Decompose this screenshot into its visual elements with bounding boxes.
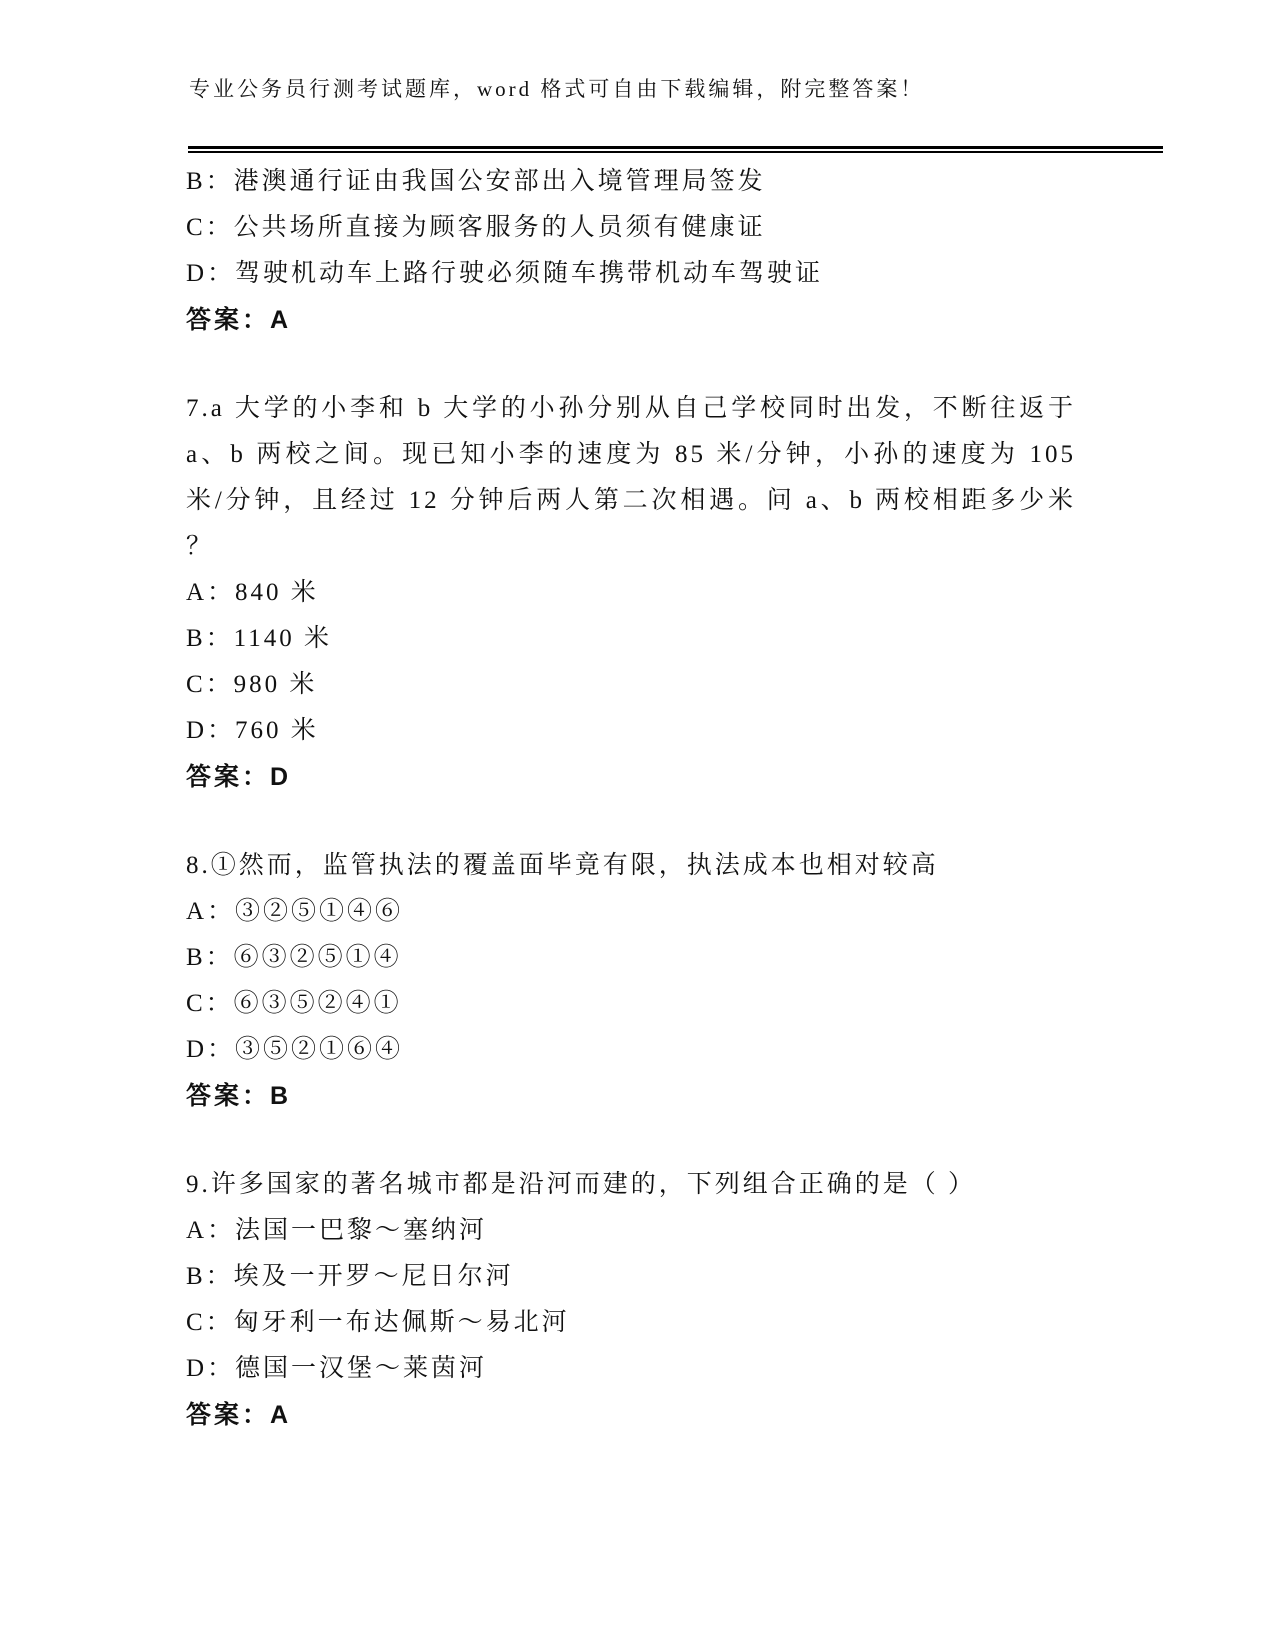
question-8-text-line-1: 8.①然而，监管执法的覆盖面毕竟有限，执法成本也相对较高 [186, 843, 1076, 889]
question-7-text-line-3: 米/分钟，且经过 12 分钟后两人第二次相遇。问 a、b 两校相距多少米 [186, 478, 1076, 524]
question-9-option-a: A：法国一巴黎～塞纳河 [186, 1208, 1076, 1254]
question-7-text-line-2: a、b 两校之间。现已知小李的速度为 85 米/分钟，小孙的速度为 105 [186, 432, 1076, 478]
question-9-answer: 答案：A [186, 1392, 1076, 1438]
document-header-note: 专业公务员行测考试题库，word 格式可自由下载编辑，附完整答案！ [189, 74, 1164, 104]
question-7-answer: 答案：D [186, 754, 1076, 800]
question-7-option-d: D：760 米 [186, 708, 1076, 754]
block-spacer [186, 343, 1076, 386]
question-7-option-a: A：840 米 [186, 570, 1076, 616]
block-spacer [186, 1119, 1076, 1162]
question-9-text-line-1: 9.许多国家的著名城市都是沿河而建的，下列组合正确的是（ ） [186, 1162, 1076, 1208]
question-8-answer: 答案：B [186, 1073, 1076, 1119]
question-6-option-b: B：港澳通行证由我国公安部出入境管理局签发 [186, 159, 1076, 205]
header-divider-rule [188, 146, 1163, 153]
question-8-option-d: D：③⑤②①⑥④ [186, 1027, 1076, 1073]
question-9-option-b: B：埃及一开罗～尼日尔河 [186, 1254, 1076, 1300]
question-6-answer: 答案：A [186, 297, 1076, 343]
question-7-option-b: B：1140 米 [186, 616, 1076, 662]
question-6-option-d: D：驾驶机动车上路行驶必须随车携带机动车驾驶证 [186, 251, 1076, 297]
question-6-option-c: C：公共场所直接为顾客服务的人员须有健康证 [186, 205, 1076, 251]
question-7-text-line-4: ？ [186, 524, 1076, 570]
question-7-block: 7.a 大学的小李和 b 大学的小孙分别从自己学校同时出发，不断往返于 a、b … [186, 386, 1076, 800]
block-spacer [186, 800, 1076, 843]
question-9-option-c: C：匈牙利一布达佩斯～易北河 [186, 1300, 1076, 1346]
question-6-block: B：港澳通行证由我国公安部出入境管理局签发 C：公共场所直接为顾客服务的人员须有… [186, 159, 1076, 343]
question-8-option-b: B：⑥③②⑤①④ [186, 935, 1076, 981]
question-8-option-a: A：③②⑤①④⑥ [186, 889, 1076, 935]
question-7-option-c: C：980 米 [186, 662, 1076, 708]
document-body: B：港澳通行证由我国公安部出入境管理局签发 C：公共场所直接为顾客服务的人员须有… [186, 159, 1076, 1438]
question-9-block: 9.许多国家的著名城市都是沿河而建的，下列组合正确的是（ ） A：法国一巴黎～塞… [186, 1162, 1076, 1438]
question-8-option-c: C：⑥③⑤②④① [186, 981, 1076, 1027]
question-8-block: 8.①然而，监管执法的覆盖面毕竟有限，执法成本也相对较高 A：③②⑤①④⑥ B：… [186, 843, 1076, 1119]
question-7-text-line-1: 7.a 大学的小李和 b 大学的小孙分别从自己学校同时出发，不断往返于 [186, 386, 1076, 432]
question-9-option-d: D：德国一汉堡～莱茵河 [186, 1346, 1076, 1392]
